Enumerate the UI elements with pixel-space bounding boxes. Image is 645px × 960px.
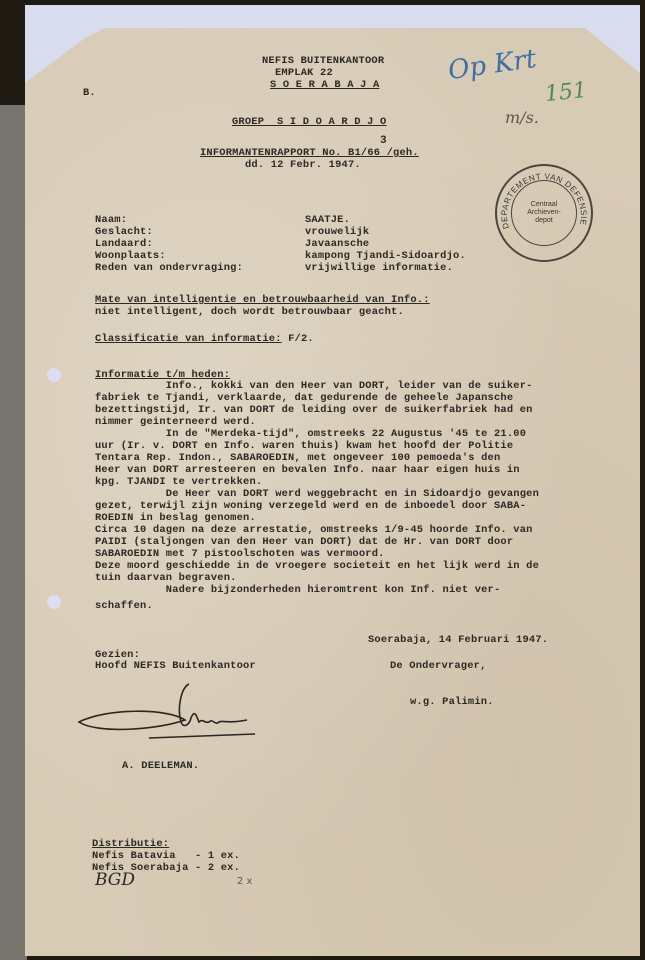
letterhead-city: S O E R A B A J A (270, 79, 379, 91)
report-title: INFORMANTENRAPPORT No. B1/66 /geh. (200, 147, 419, 159)
body-line: fabriek te Tjandi, verklaarde, dat gedur… (95, 392, 513, 404)
field-label: Woonplaats: (95, 250, 166, 262)
stamp-center-line2: Archieven- (527, 209, 560, 217)
intelligence-heading: Mate van intelligentie en betrouwbaarhei… (95, 294, 430, 306)
body-line: uur (Ir. v. DORT en Info. waren thuis) k… (95, 440, 513, 452)
report-number-correction: 3 (380, 135, 387, 147)
body-line: Info., kokki van den Heer van DORT, leid… (95, 380, 533, 392)
distribution-item: Nefis Batavia - 1 ex. (92, 850, 240, 862)
report-date: dd. 12 Febr. 1947. (245, 159, 361, 171)
handwritten-bgd: BGD (95, 870, 135, 890)
left-mark: B. (83, 87, 96, 99)
letterhead-line1: NEFIS BUITENKANTOOR (262, 55, 384, 67)
body-line: SABAROEDIN met 7 pistoolschoten was verm… (95, 548, 385, 560)
body-line: Heer van DORT arresteeren en bevalen Inf… (95, 464, 520, 476)
field-label: Reden van ondervraging: (95, 262, 243, 274)
body-line: nimmer geinterneerd werd. (95, 416, 256, 428)
body-line: Nadere bijzonderheden hieromtrent kon In… (95, 584, 500, 596)
body-line: schaffen. (95, 600, 153, 612)
letterhead-line2: EMPLAK 22 (275, 67, 333, 79)
handwritten-count: 2 x (237, 876, 252, 887)
signature (77, 678, 267, 748)
field-value: vrouwelijk (305, 226, 369, 238)
field-value: kampong Tjandi-Sidoardjo. (305, 250, 466, 262)
handwritten-op-krt: Op Krt (446, 44, 538, 86)
body-line: Deze moord geschiedde in de vroegere soc… (95, 560, 539, 572)
classification: Classificatie van informatie: F/2. (95, 333, 314, 345)
body-line: De Heer van DORT werd weggebracht en in … (95, 488, 539, 500)
interrogator-label: De Ondervrager, (390, 660, 487, 672)
field-value: Javaansche (305, 238, 369, 250)
body-line: kpg. TJANDI te vertrekken. (95, 476, 262, 488)
body-line: gezet, terwijl zijn woning verzegeld wer… (95, 500, 526, 512)
intelligence-text: niet intelligent, doch wordt betrouwbaar… (95, 306, 404, 318)
signatory-name: A. DEELEMAN. (122, 760, 199, 772)
scan-backing-sheet (0, 105, 27, 960)
place-date: Soerabaja, 14 Februari 1947. (368, 634, 548, 646)
interrogator-name: w.g. Palimin. (410, 696, 494, 708)
field-value: vrijwillige informatie. (305, 262, 453, 274)
group-heading: GROEP S I D O A R D J O (232, 116, 386, 128)
field-value: SAATJE. (305, 214, 350, 226)
punch-hole (47, 368, 61, 382)
punch-hole (47, 595, 61, 609)
field-label: Geslacht: (95, 226, 153, 238)
handwritten-initials: m/s. (505, 108, 539, 127)
document-page: B. NEFIS BUITENKANTOOR EMPLAK 22 S O E R… (25, 28, 640, 956)
distribution-heading: Distributie: (92, 838, 169, 850)
archive-stamp: DEPARTEMENT VAN DEFENSIE Centraal Archie… (495, 164, 593, 262)
body-line: bezettingstijd, Ir. van DORT de leiding … (95, 404, 533, 416)
body-line: ROEDIN in beslag genomen. (95, 512, 256, 524)
stamp-center-line3: depot (535, 217, 553, 225)
classification-value: F/2. (282, 333, 314, 345)
body-line: Circa 10 dagen na deze arrestatie, omstr… (95, 524, 533, 536)
handwritten-number: 151 (544, 78, 588, 107)
seen-title: Hoofd NEFIS Buitenkantoor (95, 660, 256, 672)
body-line: tuin daarvan begraven. (95, 572, 237, 584)
field-label: Landaard: (95, 238, 153, 250)
classification-heading: Classificatie van informatie: (95, 333, 282, 345)
body-line: In de "Merdeka-tijd", omstreeks 22 Augus… (95, 428, 526, 440)
stamp-center-line1: Centraal (531, 201, 557, 209)
body-line: Tentara Rep. Indon., SABAROEDIN, met ong… (95, 452, 500, 464)
body-line: PAIDI (staljongen van den Heer van DORT)… (95, 536, 513, 548)
field-label: Naam: (95, 214, 127, 226)
